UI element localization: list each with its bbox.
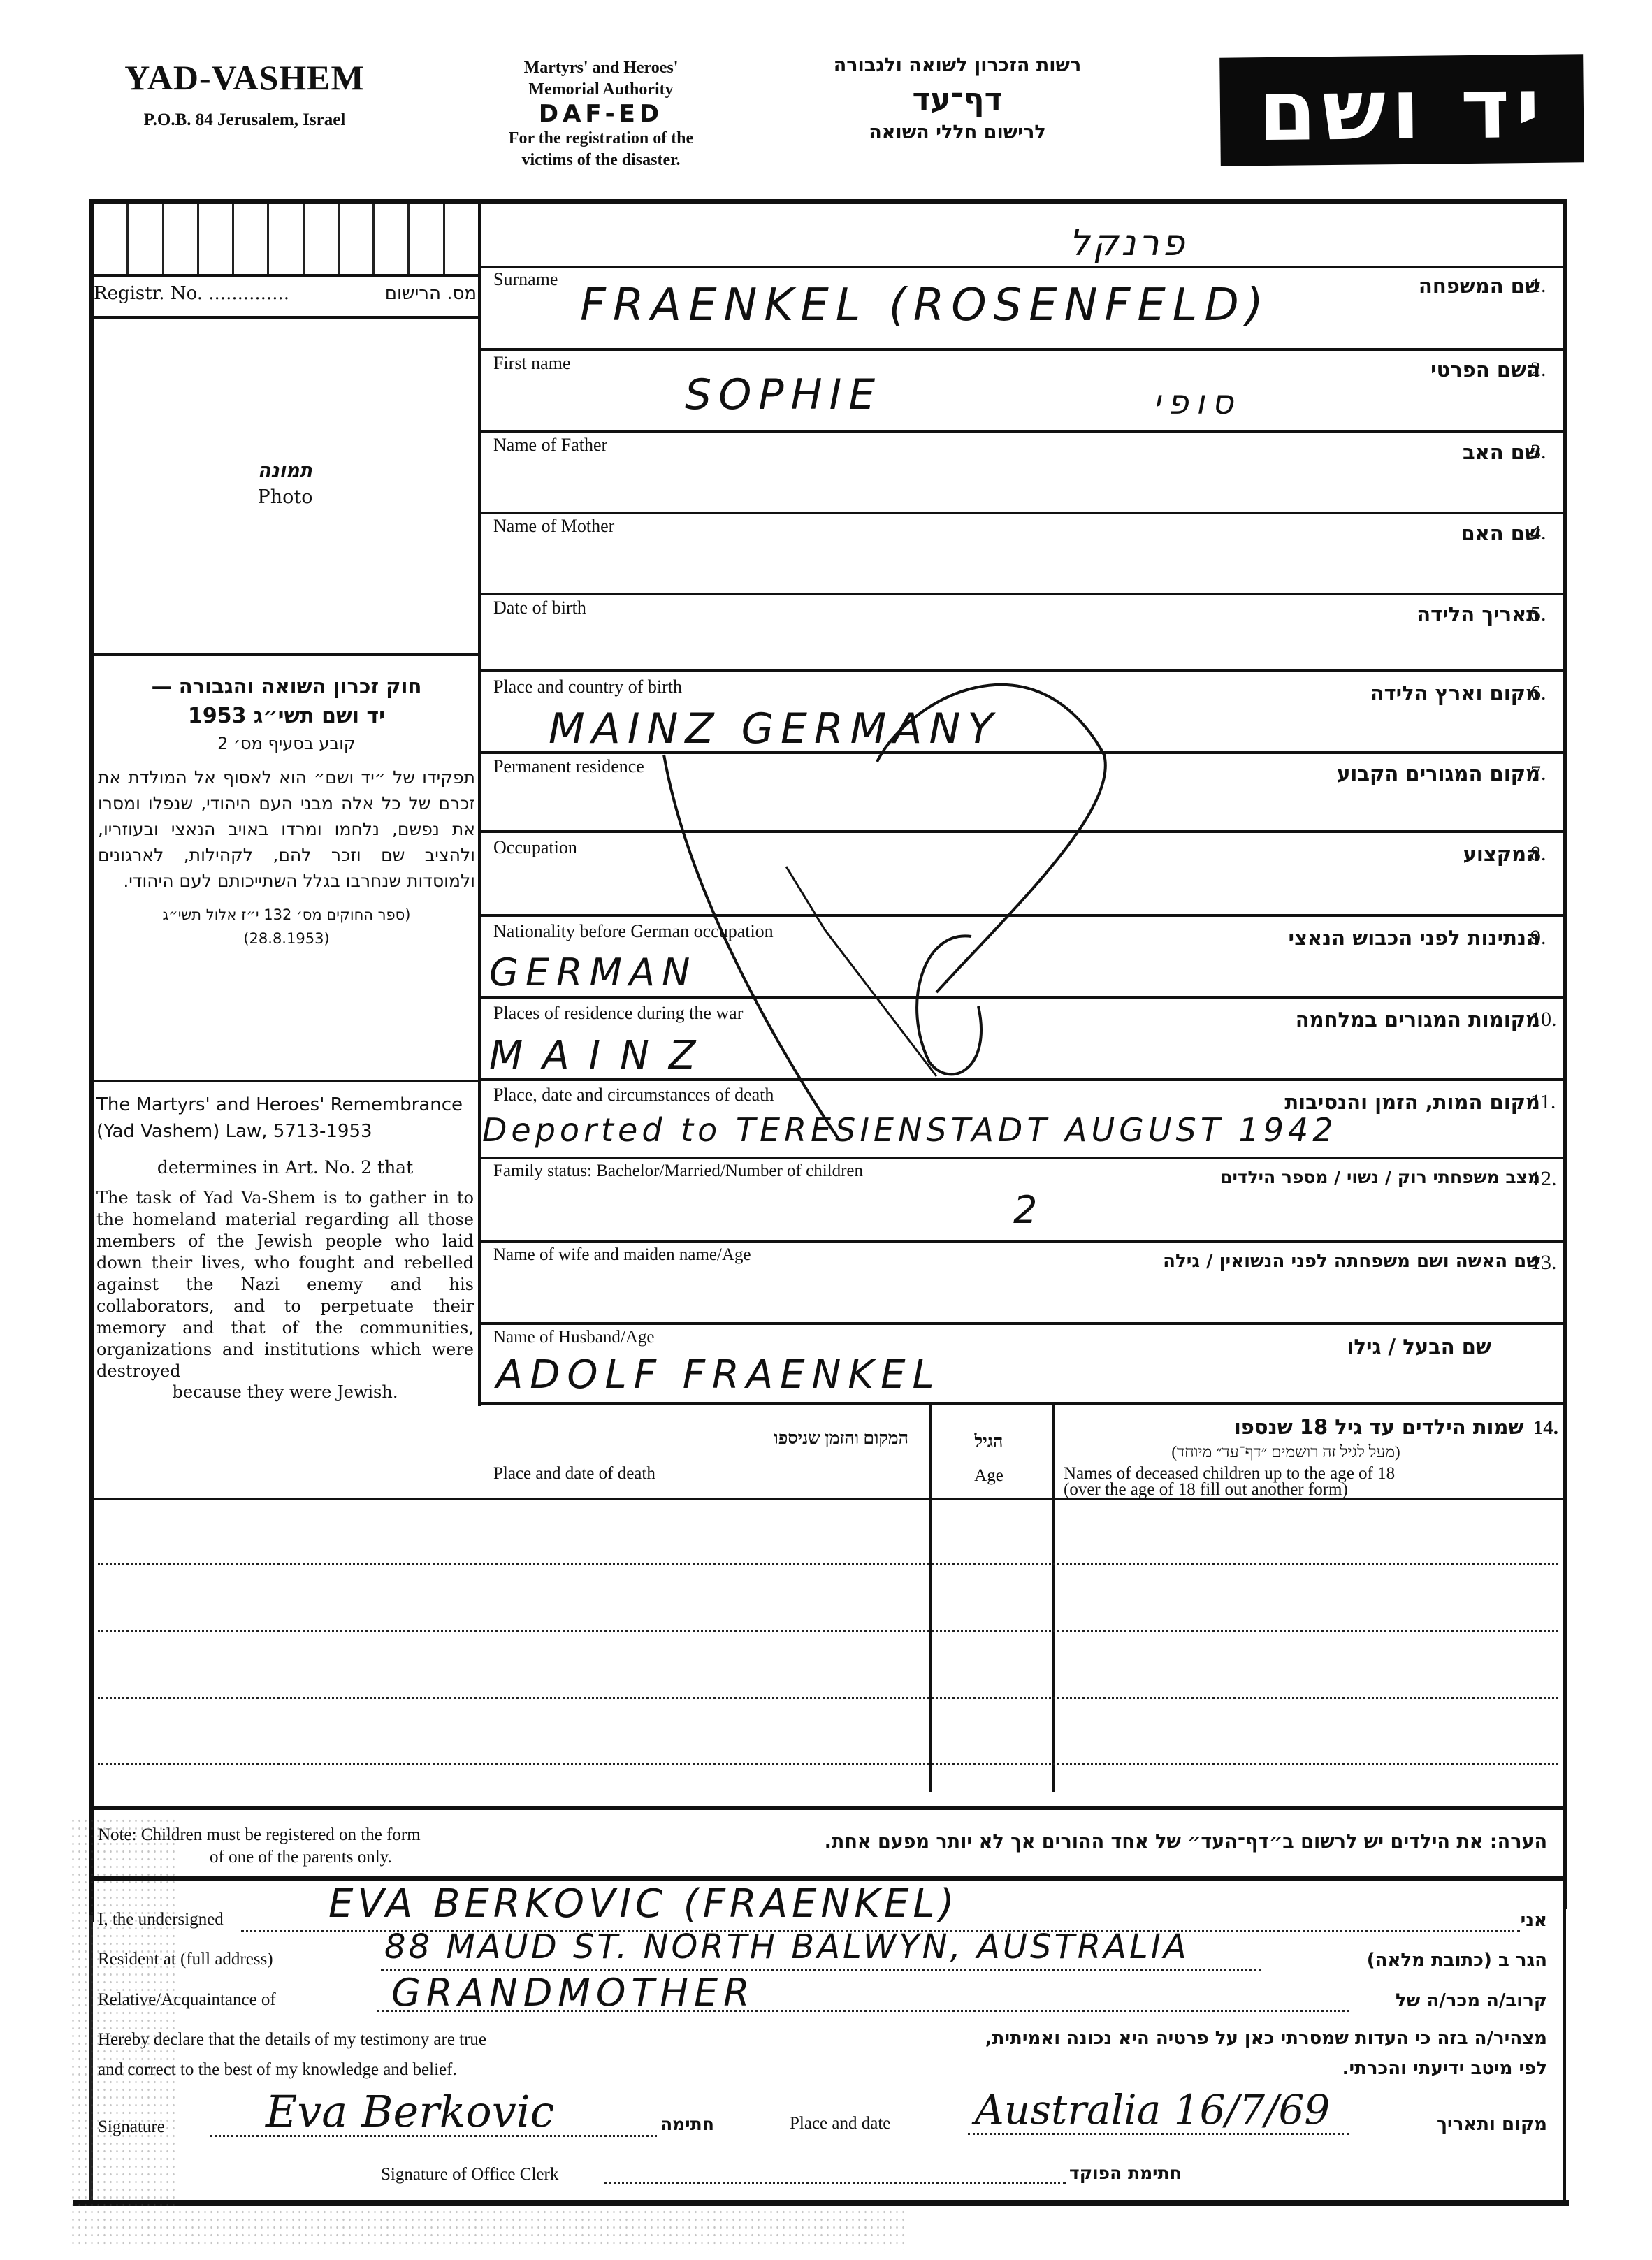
ink-scribble-overlay	[0, 0, 1652, 2260]
